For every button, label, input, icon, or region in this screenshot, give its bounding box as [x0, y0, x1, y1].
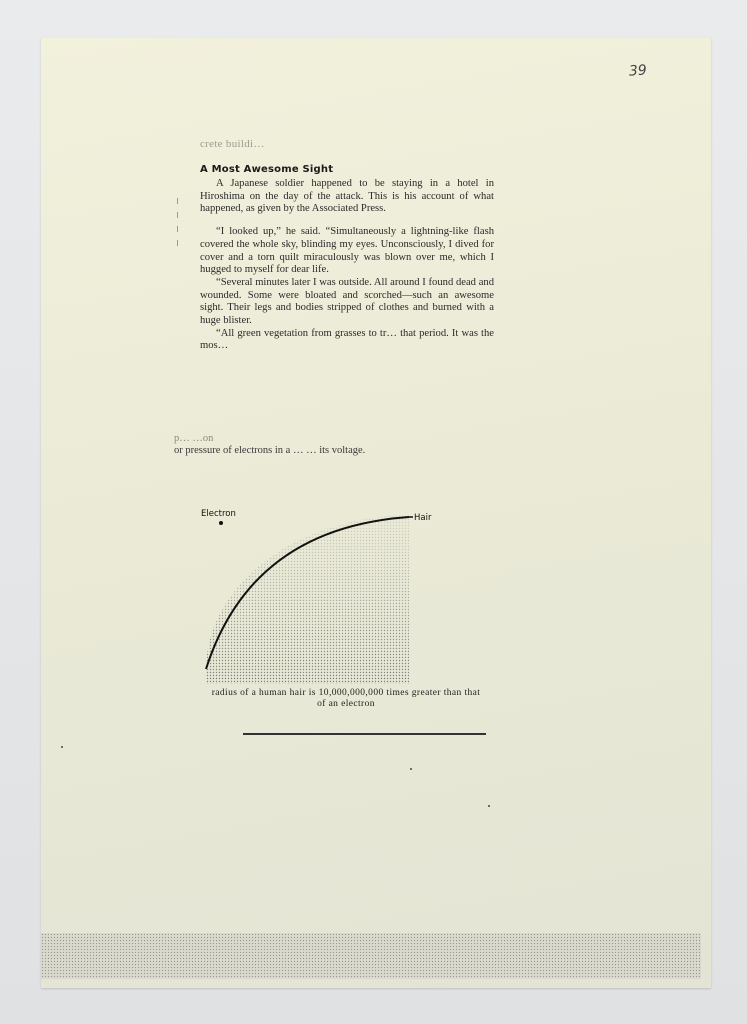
- halftone-strip: [41, 933, 701, 979]
- electron-dot: [219, 521, 223, 525]
- page-number: 39: [629, 62, 648, 79]
- electron-hair-diagram: Electron Hair: [191, 473, 491, 688]
- article-body: A Japanese soldier happened to be stayin…: [200, 178, 494, 353]
- shaded-area: [206, 515, 409, 684]
- speck: [488, 805, 490, 807]
- paragraph: “All green vegetation from grasses to tr…: [200, 328, 494, 353]
- partial-line: or pressure of electrons in a … … its vo…: [174, 445, 504, 457]
- paragraph: “Several minutes later I was outside. Al…: [200, 277, 494, 328]
- horizontal-rule: [243, 733, 486, 735]
- partial-text-block: p… …on or pressure of electrons in a … ……: [174, 433, 504, 457]
- top-fragment: crete buildi…: [200, 138, 265, 150]
- speck: [61, 746, 63, 748]
- hair-label: Hair: [414, 513, 432, 523]
- paragraph: A Japanese soldier happened to be stayin…: [200, 178, 494, 216]
- partial-line: p… …on: [174, 433, 504, 445]
- document-page: 39 crete buildi… A Most Awesome Sight A …: [41, 38, 711, 988]
- electron-label: Electron: [201, 509, 236, 519]
- paragraph: “I looked up,” he said. “Simultaneously …: [200, 226, 494, 277]
- margin-mark: [177, 198, 178, 253]
- diagram-caption: radius of a human hair is 10,000,000,000…: [211, 688, 481, 710]
- speck: [410, 768, 412, 770]
- section-heading: A Most Awesome Sight: [200, 164, 333, 175]
